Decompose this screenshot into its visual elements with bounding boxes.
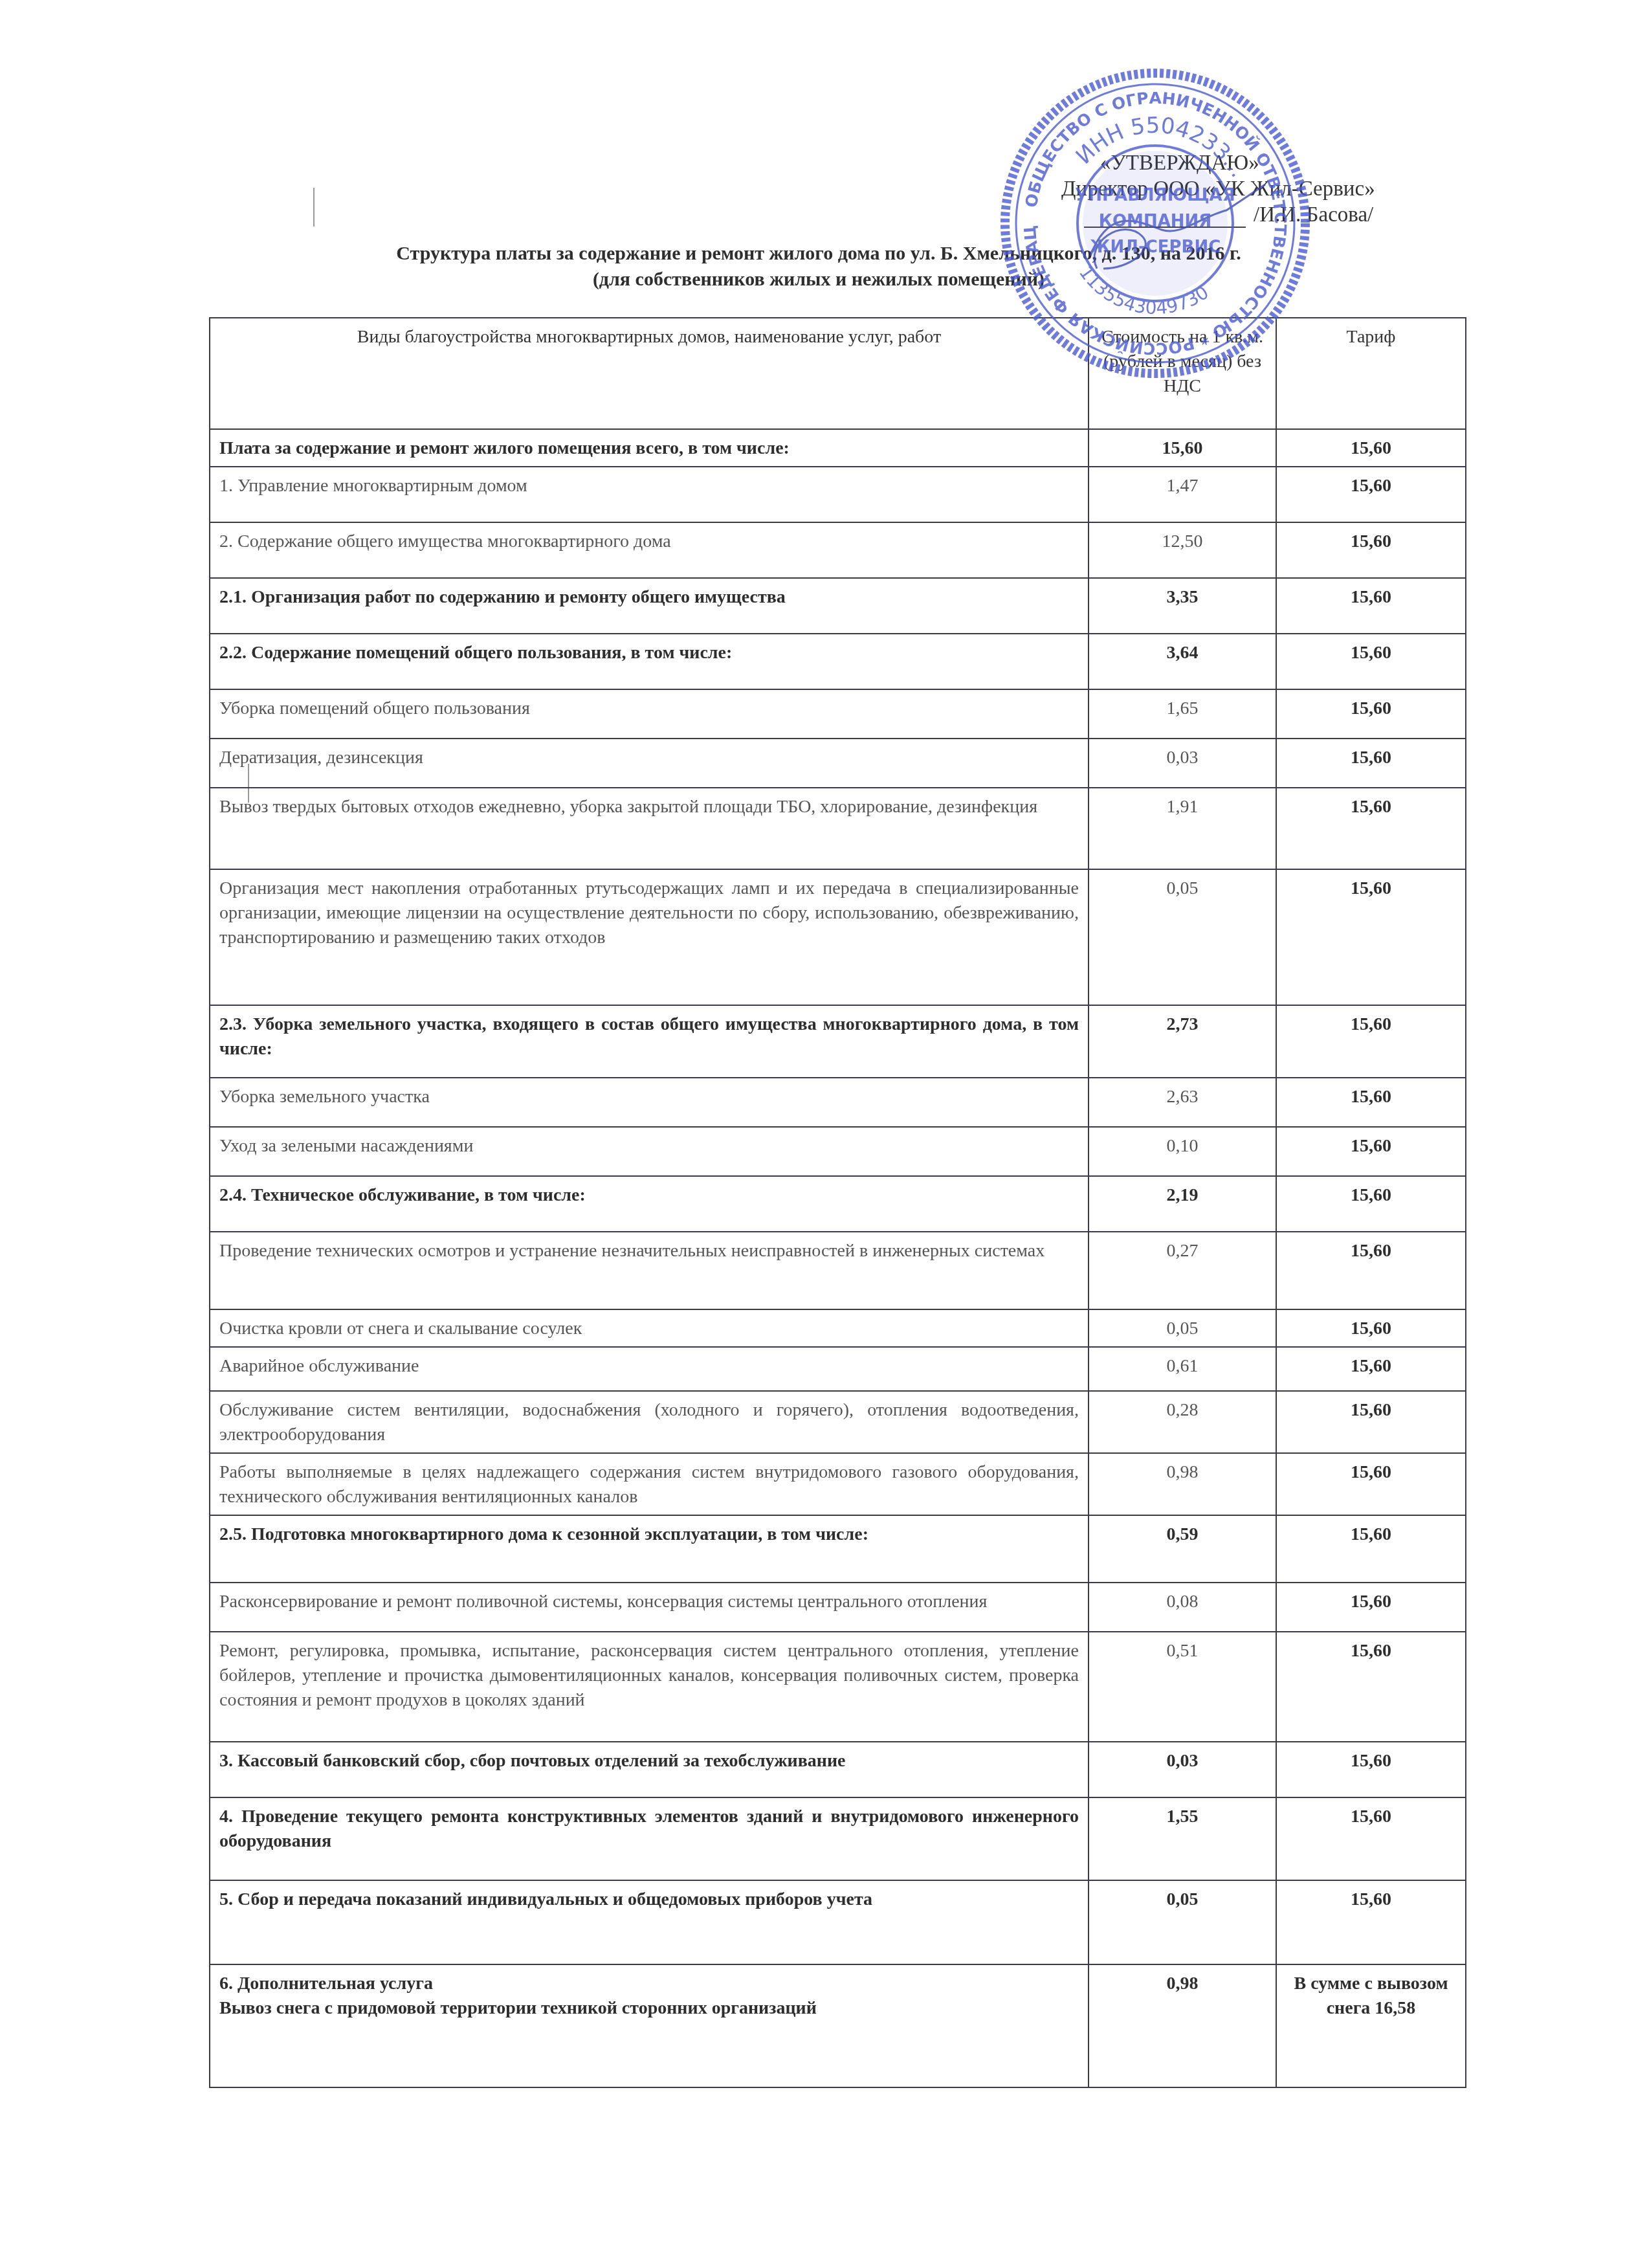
table-row: 2.2. Содержание помещений общего пользов… — [210, 634, 1466, 689]
table-row: Плата за содержание и ремонт жилого поме… — [210, 429, 1466, 467]
table-row: 2.1. Организация работ по содержанию и р… — [210, 578, 1466, 634]
signature-line — [1084, 210, 1246, 228]
header-cost: Стоимость на 1 кв.м. (рублей в месяц) бе… — [1089, 318, 1276, 429]
service-tariff: 15,60 — [1276, 1453, 1466, 1515]
service-tariff: 15,60 — [1276, 578, 1466, 634]
table-row: Ремонт, регулировка, промывка, испытание… — [210, 1632, 1466, 1742]
service-tariff: 15,60 — [1276, 869, 1466, 1005]
table-header-row: Виды благоустройства многоквартирных дом… — [210, 318, 1466, 429]
service-tariff: 15,60 — [1276, 1005, 1466, 1078]
service-tariff: 15,60 — [1276, 1127, 1466, 1176]
service-cost: 0,28 — [1089, 1391, 1276, 1453]
table-row: Вывоз твердых бытовых отходов ежедневно,… — [210, 788, 1466, 869]
service-name: Уход за зелеными насаждениями — [210, 1127, 1089, 1176]
service-name: 2.5. Подготовка многоквартирного дома к … — [210, 1515, 1089, 1583]
service-tariff: 15,60 — [1276, 1632, 1466, 1742]
table-row: 2.3. Уборка земельного участка, входящег… — [210, 1005, 1466, 1078]
service-cost: 0,51 — [1089, 1632, 1276, 1742]
service-name: Вывоз твердых бытовых отходов ежедневно,… — [210, 788, 1089, 869]
service-tariff: 15,60 — [1276, 1742, 1466, 1797]
table-row: Уборка земельного участка2,6315,60 — [210, 1078, 1466, 1127]
title-line-2: (для собственников жилых и нежилых помещ… — [194, 267, 1443, 293]
service-tariff: 15,60 — [1276, 1391, 1466, 1453]
service-tariff: 15,60 — [1276, 1515, 1466, 1583]
service-name: 2. Содержание общего имущества многоквар… — [210, 522, 1089, 578]
service-tariff: 15,60 — [1276, 1880, 1466, 1964]
service-name: 2.2. Содержание помещений общего пользов… — [210, 634, 1089, 689]
service-name: Очистка кровли от снега и скалывание сос… — [210, 1309, 1089, 1347]
service-cost: 0,98 — [1089, 1964, 1276, 2087]
title-line-1: Структура платы за содержание и ремонт ж… — [194, 241, 1443, 267]
table-body: Плата за содержание и ремонт жилого поме… — [210, 429, 1466, 2087]
table-row: 2.4. Техническое обслуживание, в том чис… — [210, 1176, 1466, 1232]
service-name: Проведение технических осмотров и устран… — [210, 1232, 1089, 1309]
table-row: Уход за зелеными насаждениями0,1015,60 — [210, 1127, 1466, 1176]
table-row: 3. Кассовый банковский сбор, сбор почтов… — [210, 1742, 1466, 1797]
approval-position: Директор ООО «УК Жил-Сервис» — [1061, 176, 1501, 202]
approval-signature-row: /И.И. Басова/ — [1048, 202, 1501, 228]
service-tariff: 15,60 — [1276, 739, 1466, 788]
service-cost: 1,65 — [1089, 689, 1276, 739]
service-tariff: 15,60 — [1276, 1232, 1466, 1309]
approval-label: «УТВЕРЖДАЮ» — [1100, 150, 1501, 176]
service-tariff: 15,60 — [1276, 634, 1466, 689]
table-row: Аварийное обслуживание0,6115,60 — [210, 1347, 1466, 1391]
service-tariff: В сумме с вывозом снега 16,58 — [1276, 1964, 1466, 2087]
service-cost: 0,61 — [1089, 1347, 1276, 1391]
table-row: 4. Проведение текущего ремонта конструкт… — [210, 1797, 1466, 1880]
service-name: Уборка помещений общего пользования — [210, 689, 1089, 739]
service-cost: 1,47 — [1089, 467, 1276, 522]
service-cost: 2,73 — [1089, 1005, 1276, 1078]
service-cost: 12,50 — [1089, 522, 1276, 578]
service-name: 5. Сбор и передача показаний индивидуаль… — [210, 1880, 1089, 1964]
header-services: Виды благоустройства многоквартирных дом… — [210, 318, 1089, 429]
table-row: Уборка помещений общего пользования1,651… — [210, 689, 1466, 739]
service-cost: 1,55 — [1089, 1797, 1276, 1880]
table-row: Работы выполняемые в целях надлежащего с… — [210, 1453, 1466, 1515]
service-name: Уборка земельного участка — [210, 1078, 1089, 1127]
service-name: Аварийное обслуживание — [210, 1347, 1089, 1391]
service-name: 2.3. Уборка земельного участка, входящег… — [210, 1005, 1089, 1078]
table-row: Очистка кровли от снега и скалывание сос… — [210, 1309, 1466, 1347]
fee-structure-table: Виды благоустройства многоквартирных дом… — [209, 317, 1466, 2088]
table-row: 2. Содержание общего имущества многоквар… — [210, 522, 1466, 578]
scan-artifact-line — [313, 188, 315, 227]
service-tariff: 15,60 — [1276, 689, 1466, 739]
approval-name: /И.И. Басова/ — [1254, 202, 1373, 228]
table-row: Дератизация, дезинсекция0,0315,60 — [210, 739, 1466, 788]
service-name: Ремонт, регулировка, промывка, испытание… — [210, 1632, 1089, 1742]
service-tariff: 15,60 — [1276, 1797, 1466, 1880]
table-row: Расконсервирование и ремонт поливочной с… — [210, 1583, 1466, 1632]
table-row: Обслуживание систем вентиляции, водоснаб… — [210, 1391, 1466, 1453]
service-tariff: 15,60 — [1276, 467, 1466, 522]
service-name: Обслуживание систем вентиляции, водоснаб… — [210, 1391, 1089, 1453]
service-tariff: 15,60 — [1276, 1078, 1466, 1127]
service-tariff: 15,60 — [1276, 1309, 1466, 1347]
approval-block: «УТВЕРЖДАЮ» Директор ООО «УК Жил-Сервис»… — [1048, 150, 1501, 228]
service-name: Работы выполняемые в целях надлежащего с… — [210, 1453, 1089, 1515]
service-tariff: 15,60 — [1276, 1583, 1466, 1632]
service-name: 6. Дополнительная услуга Вывоз снега с п… — [210, 1964, 1089, 2087]
service-cost: 0,05 — [1089, 1309, 1276, 1347]
header-tariff: Тариф — [1276, 318, 1466, 429]
table-row: Проведение технических осмотров и устран… — [210, 1232, 1466, 1309]
service-cost: 0,10 — [1089, 1127, 1276, 1176]
service-cost: 0,27 — [1089, 1232, 1276, 1309]
table-row: Организация мест накопления отработанных… — [210, 869, 1466, 1005]
table-row: 5. Сбор и передача показаний индивидуаль… — [210, 1880, 1466, 1964]
service-cost: 0,08 — [1089, 1583, 1276, 1632]
service-cost: 0,59 — [1089, 1515, 1276, 1583]
service-cost: 0,03 — [1089, 739, 1276, 788]
service-name: Дератизация, дезинсекция — [210, 739, 1089, 788]
service-name: Плата за содержание и ремонт жилого поме… — [210, 429, 1089, 467]
service-tariff: 15,60 — [1276, 1347, 1466, 1391]
service-name: 2.4. Техническое обслуживание, в том чис… — [210, 1176, 1089, 1232]
service-name: Расконсервирование и ремонт поливочной с… — [210, 1583, 1089, 1632]
service-tariff: 15,60 — [1276, 522, 1466, 578]
service-name: 4. Проведение текущего ремонта конструкт… — [210, 1797, 1089, 1880]
service-cost: 3,35 — [1089, 578, 1276, 634]
service-cost: 15,60 — [1089, 429, 1276, 467]
document-title: Структура платы за содержание и ремонт ж… — [194, 241, 1443, 293]
service-cost: 0,98 — [1089, 1453, 1276, 1515]
service-name: Организация мест накопления отработанных… — [210, 869, 1089, 1005]
service-cost: 3,64 — [1089, 634, 1276, 689]
service-name: 1. Управление многоквартирным домом — [210, 467, 1089, 522]
service-cost: 2,19 — [1089, 1176, 1276, 1232]
table-row: 1. Управление многоквартирным домом1,471… — [210, 467, 1466, 522]
service-name: 3. Кассовый банковский сбор, сбор почтов… — [210, 1742, 1089, 1797]
service-cost: 2,63 — [1089, 1078, 1276, 1127]
service-tariff: 15,60 — [1276, 788, 1466, 869]
service-cost: 0,03 — [1089, 1742, 1276, 1797]
service-tariff: 15,60 — [1276, 429, 1466, 467]
table-row: 2.5. Подготовка многоквартирного дома к … — [210, 1515, 1466, 1583]
service-cost: 0,05 — [1089, 869, 1276, 1005]
service-tariff: 15,60 — [1276, 1176, 1466, 1232]
service-name: 2.1. Организация работ по содержанию и р… — [210, 578, 1089, 634]
table-row: 6. Дополнительная услуга Вывоз снега с п… — [210, 1964, 1466, 2087]
service-cost: 0,05 — [1089, 1880, 1276, 1964]
service-cost: 1,91 — [1089, 788, 1276, 869]
